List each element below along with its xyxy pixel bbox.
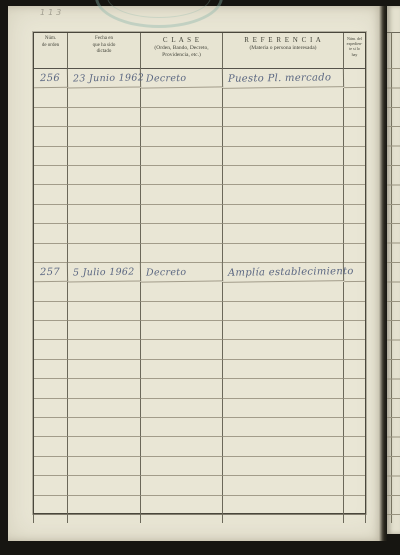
table-cell: [68, 321, 141, 340]
table-cell: [344, 282, 365, 301]
table-cell: [68, 108, 141, 127]
header-num-column: Núm. de orden: [34, 33, 68, 69]
table-cell: [34, 166, 68, 185]
table-cell: [344, 496, 365, 515]
table-cell: [223, 360, 344, 379]
table-cell: [34, 379, 68, 398]
table-cell: [344, 360, 365, 379]
table-cell: [141, 476, 223, 495]
table-cell: [223, 340, 344, 359]
entry-clase: Decreto: [141, 262, 223, 283]
adjacent-page-rule: [387, 32, 400, 33]
table-cell: [141, 185, 223, 204]
table-cell: [344, 147, 365, 166]
table-cell: [344, 476, 365, 495]
table-cell: [344, 321, 365, 340]
table-cell: [223, 88, 344, 107]
table-cell: [34, 147, 68, 166]
pencil-annotation: 113: [40, 8, 64, 17]
table-cell: [34, 282, 68, 301]
table-cell: [141, 108, 223, 127]
entry-referencia: Puesto Pl. mercado: [223, 68, 344, 89]
entry-expediente: [344, 69, 365, 89]
table-cell: [223, 437, 344, 456]
page-gutter-shadow: [379, 6, 387, 541]
table-cell: [68, 185, 141, 204]
table-cell: [34, 185, 68, 204]
table-cell: [34, 496, 68, 515]
table-cell: [68, 457, 141, 476]
column-line: [68, 514, 141, 523]
table-cell: [141, 166, 223, 185]
table-cell: [34, 108, 68, 127]
table-cell: [141, 457, 223, 476]
table-cell: [141, 379, 223, 398]
table-cell: [68, 224, 141, 243]
header-referencia-line1: R E F E R E N C I A: [223, 36, 343, 45]
table-cell: [223, 108, 344, 127]
table-cell: [68, 379, 141, 398]
table-cell: [68, 205, 141, 224]
table-cell: [68, 147, 141, 166]
entry-fecha: 5 Julio 1962: [68, 262, 141, 282]
table-cell: [34, 244, 68, 263]
table-cell: [68, 127, 141, 146]
table-cell: [141, 127, 223, 146]
table-cell: [223, 457, 344, 476]
header-clase-column: C L A S E (Orden, Bando, Decreto, Provid…: [141, 33, 223, 69]
table-cell: [344, 457, 365, 476]
header-fecha-column: Fecha en que ha sido dictado: [68, 33, 141, 69]
adjacent-page-edge: [387, 6, 400, 534]
table-cell: [223, 166, 344, 185]
entry-clase: Decreto: [141, 68, 223, 89]
table-cell: [34, 437, 68, 456]
header-clase-line3: Providencia, etc.): [141, 52, 222, 59]
table-cell: [34, 224, 68, 243]
table-cell: [68, 302, 141, 321]
table-cell: [141, 147, 223, 166]
table-cell: [141, 399, 223, 418]
table-cell: [34, 418, 68, 437]
column-line: [141, 514, 223, 523]
table-cell: [344, 302, 365, 321]
table-cell: [223, 418, 344, 437]
ink-stamp-inner-ring: [107, 0, 211, 18]
table-cell: [141, 302, 223, 321]
entry-fecha: 23 Junio 1962: [68, 68, 141, 88]
table-cell: [141, 418, 223, 437]
table-cell: [223, 244, 344, 263]
header-expediente-line4: hay: [344, 52, 365, 57]
table-cell: [223, 321, 344, 340]
table-cell: [344, 418, 365, 437]
table-cell: [344, 108, 365, 127]
table-cell: [141, 224, 223, 243]
header-clase-line1: C L A S E: [141, 36, 222, 45]
table-cell: [223, 185, 344, 204]
table-cell: [68, 437, 141, 456]
table-cell: [68, 88, 141, 107]
table-cell: [68, 282, 141, 301]
table-cell: [68, 360, 141, 379]
scanned-ledger-screenshot: 113 Núm. de orden Fecha en que ha sido d…: [0, 0, 400, 555]
table-cell: [68, 418, 141, 437]
table-cell: [344, 127, 365, 146]
table-cell: [141, 282, 223, 301]
table-cell: [344, 166, 365, 185]
header-expediente-column: Núm. del expedien- te si lo hay: [344, 33, 365, 69]
header-fecha-line3: dictado: [68, 49, 140, 56]
column-line: [344, 514, 365, 523]
table-cell: [141, 360, 223, 379]
header-num-line2: de orden: [34, 43, 67, 50]
table-cell: [344, 437, 365, 456]
table-cell: [344, 244, 365, 263]
registry-table: Núm. de orden Fecha en que ha sido dicta…: [33, 32, 366, 514]
table-cell: [344, 205, 365, 224]
table-cell: [223, 127, 344, 146]
column-line-extensions: [33, 514, 366, 523]
header-clase-line2: (Orden, Bando, Decreto,: [141, 45, 222, 52]
table-cell: [223, 302, 344, 321]
column-line: [223, 514, 344, 523]
adjacent-page-ruled-lines: [387, 68, 400, 520]
table-cell: [141, 205, 223, 224]
header-referencia-column: R E F E R E N C I A (Materia o persona i…: [223, 33, 344, 69]
table-cell: [68, 166, 141, 185]
table-cell: [344, 224, 365, 243]
table-cell: [34, 302, 68, 321]
table-cell: [223, 476, 344, 495]
table-cell: [68, 340, 141, 359]
table-cell: [34, 457, 68, 476]
table-cell: [34, 476, 68, 495]
table-cell: [68, 476, 141, 495]
column-line: [34, 514, 68, 523]
table-cell: [344, 399, 365, 418]
table-cell: [141, 244, 223, 263]
table-cell: [344, 379, 365, 398]
table-cell: [344, 88, 365, 107]
table-cell: [223, 224, 344, 243]
table-cell: [68, 399, 141, 418]
entry-num: 256: [34, 69, 68, 89]
table-cell: [141, 321, 223, 340]
table-cell: [34, 360, 68, 379]
table-cell: [34, 88, 68, 107]
table-cell: [68, 244, 141, 263]
table-cell: [223, 496, 344, 515]
table-cell: [34, 127, 68, 146]
table-cell: [141, 496, 223, 515]
table-cell: [34, 399, 68, 418]
table-cell: [223, 205, 344, 224]
table-cell: [344, 340, 365, 359]
table-cell: [223, 147, 344, 166]
table-cell: [223, 282, 344, 301]
entry-expediente: [344, 263, 365, 283]
table-cell: [34, 321, 68, 340]
table-cell: [344, 185, 365, 204]
table-cell: [34, 205, 68, 224]
table-cell: [223, 399, 344, 418]
entry-referencia: Amplía establecimiento: [223, 262, 344, 283]
table-cell: [223, 379, 344, 398]
header-referencia-line2: (Materia o persona interesada): [223, 45, 343, 52]
table-cell: [34, 340, 68, 359]
table-cell: [141, 340, 223, 359]
table-cell: [141, 88, 223, 107]
table-cell: [141, 437, 223, 456]
table-cell: [68, 496, 141, 515]
entry-num: 257: [34, 263, 68, 283]
